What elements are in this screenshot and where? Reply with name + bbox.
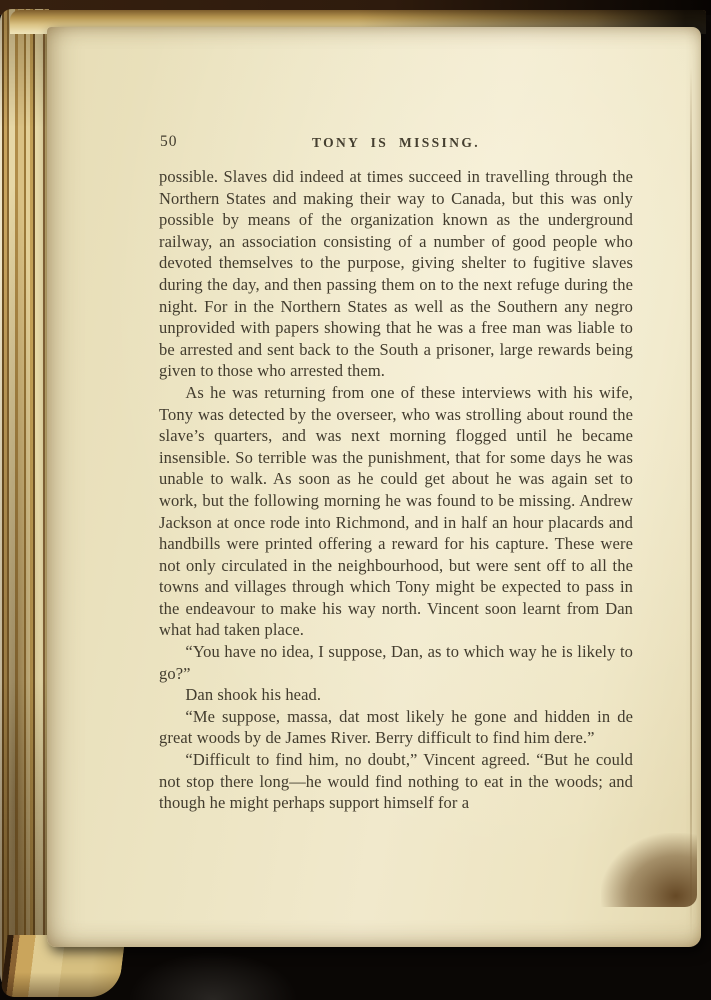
page-crease	[690, 67, 692, 939]
paragraph-3: “You have no idea, I suppose, Dan, as to…	[159, 641, 633, 684]
paragraph-5: “Me suppose, massa, dat most likely he g…	[159, 706, 633, 749]
paragraph-1: possible. Slaves did indeed at times suc…	[159, 166, 633, 382]
table-reflection	[128, 952, 298, 1000]
paragraph-2: As he was returning from one of these in…	[159, 382, 633, 641]
page-header: 50 TONY IS MISSING.	[159, 131, 633, 153]
book-page: 50 TONY IS MISSING. possible. Slaves did…	[47, 27, 701, 947]
paragraph-4: Dan shook his head.	[159, 684, 633, 706]
body-text: possible. Slaves did indeed at times suc…	[159, 166, 633, 814]
page-stain	[601, 833, 697, 907]
running-header: TONY IS MISSING.	[159, 131, 633, 151]
book-photo: 50 TONY IS MISSING. possible. Slaves did…	[0, 0, 711, 1000]
book-page-edges-left	[0, 9, 49, 995]
page-number: 50	[160, 133, 178, 151]
page-text-block: 50 TONY IS MISSING. possible. Slaves did…	[159, 131, 633, 814]
paragraph-6: “Difficult to find him, no doubt,” Vince…	[159, 749, 633, 814]
